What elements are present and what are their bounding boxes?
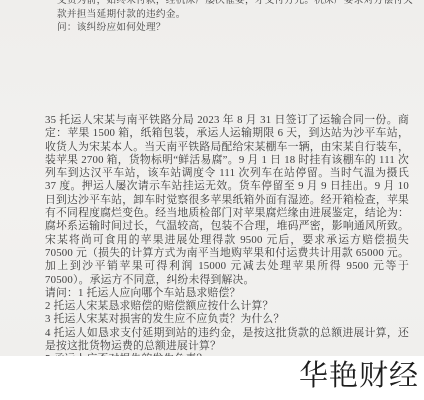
- watermark-bar: 华艳财经: [0, 356, 424, 400]
- top-question-line: 问：该纠纷应如何处理？: [57, 21, 413, 35]
- case-paragraph: 35 托运人宋某与南平铁路分局 2023 年 8 月 31 日签订了运输合同一份…: [45, 114, 409, 287]
- top-paragraph-line-clipped: 交货为前，始终未付款，经机床厂屡次催要，才支付万元。机床厂要求对方偿付欠: [57, 0, 413, 8]
- screenshot-root: 交货为前，始终未付款，经机床厂屡次催要，才支付万元。机床厂要求对方偿付欠 款并担…: [0, 0, 424, 400]
- watermark-text: 华艳财经: [299, 357, 419, 395]
- top-paragraph-block: 交货为前，始终未付款，经机床厂屡次催要，才支付万元。机床厂要求对方偿付欠 款并担…: [57, 0, 413, 42]
- case-question-1: 请问：1 托运人应向哪个车站恳求赔偿？: [45, 287, 409, 300]
- top-paragraph-line2: 款并担当延期付款的违约金。: [57, 8, 413, 22]
- case-text-block: 35 托运人宋某与南平铁路分局 2023 年 8 月 31 日签订了运输合同一份…: [45, 114, 409, 356]
- case-question-4: 4 托运人如恳求支付延期到站的违约金，是按这批货款的总额进展计算，还是按这批货物…: [45, 327, 409, 354]
- document-scan: 交货为前，始终未付款，经机床厂屡次催要，才支付万元。机床厂要求对方偿付欠 款并担…: [0, 0, 424, 356]
- case-question-3: 3 托运人宋某对损害的发生应不应负责？为什么？: [45, 313, 409, 326]
- case-question-2: 2 托运人宋某恳求赔偿的赔偿额应按什么计算？: [45, 300, 409, 313]
